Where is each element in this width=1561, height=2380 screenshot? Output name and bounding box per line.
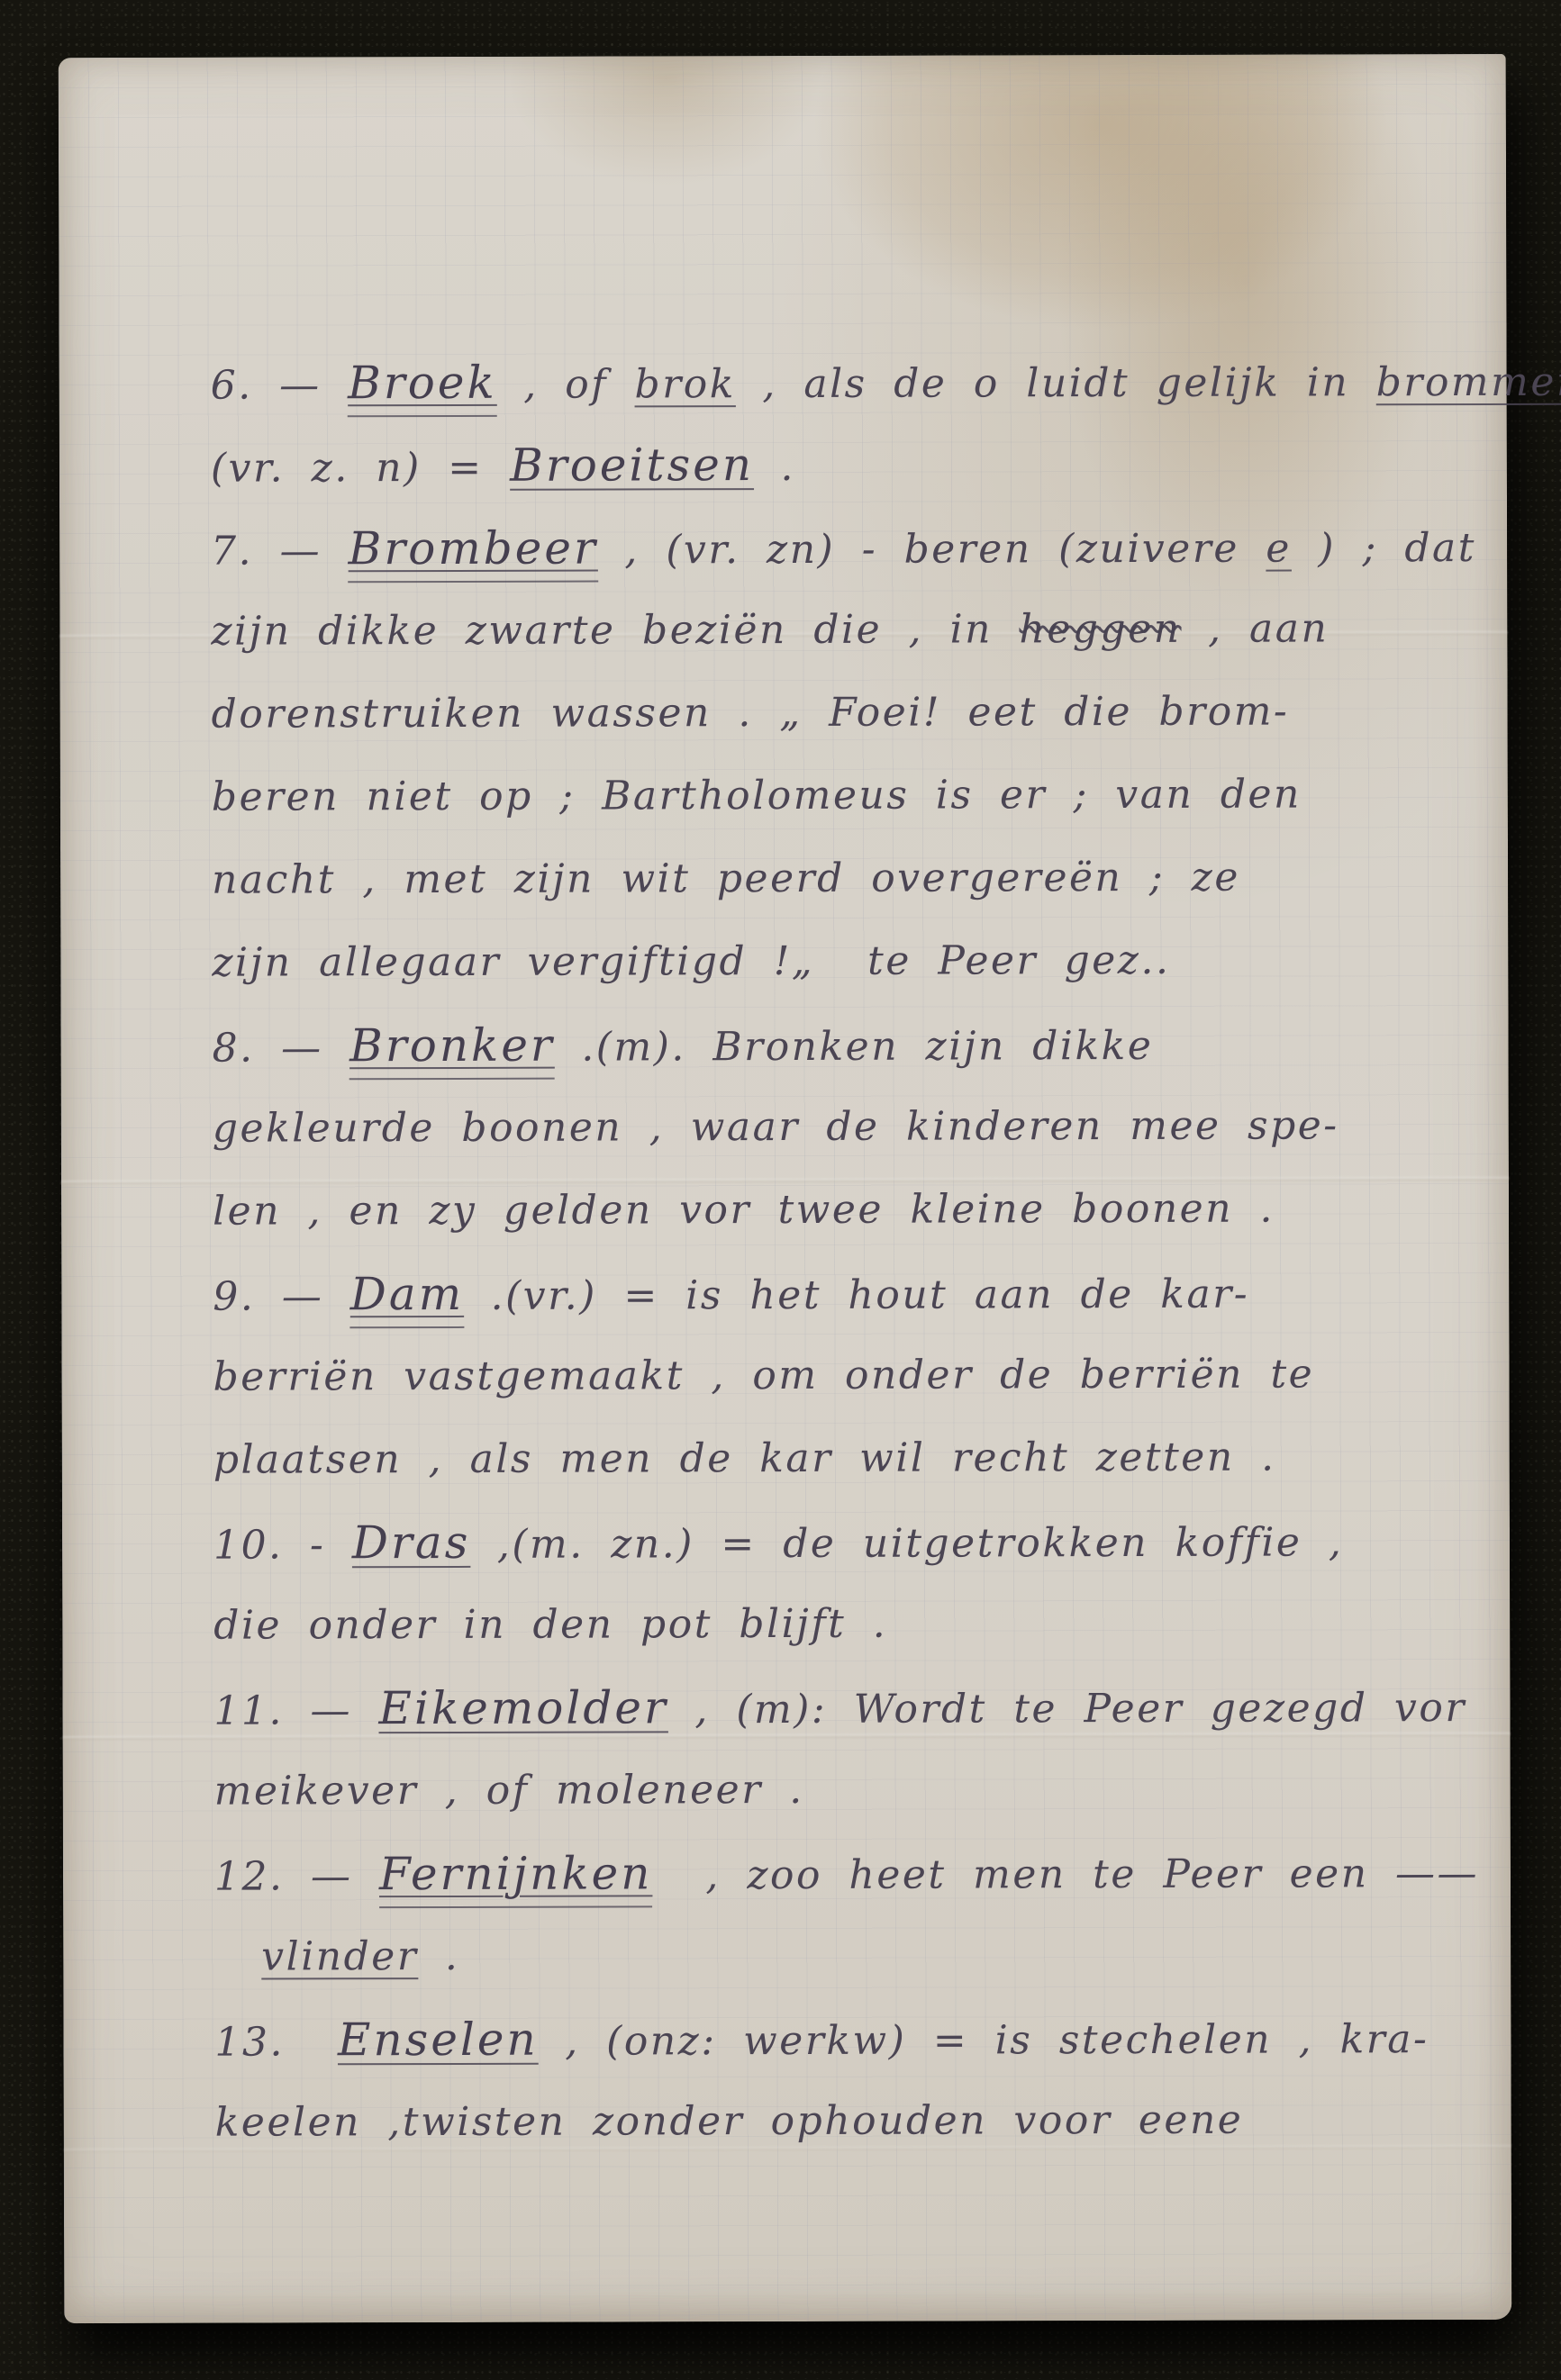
manuscript-line: gekleurde boonen , waar de kinderen mee … <box>213 1084 1519 1171</box>
text-segment: , als de o luidt gelijk in <box>736 359 1376 407</box>
text-segment: die onder in den pot blijft . <box>213 1601 887 1649</box>
manuscript-line: 12. — Fernijnken , zoo heet men te Peer … <box>214 1830 1520 1916</box>
manuscript-line: 8. — Bronker .(m). Bronken zijn dikke <box>212 1001 1518 1088</box>
manuscript-line: len , en zy gelden vor twee kleine boone… <box>213 1167 1519 1253</box>
text-segment: . <box>418 1933 459 1979</box>
manuscript-line: zijn allegaar vergiftigd !„ te Peer gez.… <box>212 919 1518 1005</box>
text-segment: ) ; dat <box>1292 525 1476 572</box>
text-segment: berriën vastgemaakt , om onder de berrië… <box>213 1351 1314 1399</box>
text-segment: , (onz: werkw) = is stechelen , kra- <box>539 2016 1429 2065</box>
text-segment: (vr. z. n) = <box>211 445 510 492</box>
manuscript-line: 7. — Brombeer , (vr. zn) - beren (zuiver… <box>211 504 1517 591</box>
text-segment: 12. — <box>214 1853 379 1899</box>
headword: Broek <box>348 357 497 417</box>
manuscript-line: 9. — Dam .(vr.) = is het hout aan de kar… <box>213 1250 1519 1336</box>
manuscript-line: beren niet op ; Bartholomeus is er ; van… <box>212 753 1518 839</box>
headword: Bronker <box>349 1019 555 1081</box>
manuscript-line: vlinder . <box>214 1913 1520 1999</box>
text-segment: , aan <box>1181 605 1329 651</box>
headword: Broeitsen <box>510 439 754 492</box>
text-segment: 6. — <box>211 362 349 408</box>
text-segment: , (m): Wordt te Peer gezegd vor <box>668 1685 1466 1733</box>
text-segment: 9. — <box>213 1273 350 1319</box>
text-segment: 10. - <box>213 1522 352 1568</box>
headword: Brombeer <box>349 522 598 584</box>
text-segment: ,(m. zn.) = de uitgetrokken koffie , <box>470 1519 1343 1568</box>
text-segment: beren niet op ; Bartholomeus is er ; van… <box>212 771 1302 819</box>
text-segment: —— <box>1395 1851 1479 1896</box>
text-segment: brok <box>634 361 735 407</box>
text-segment: len , en zy gelden vor twee kleine boone… <box>213 1186 1275 1235</box>
text-segment: , zoo heet men te Peer een <box>652 1851 1395 1898</box>
text-segment: 7. — <box>211 528 349 574</box>
text-segment: keelen ,twisten zonder ophouden voor een… <box>215 2097 1244 2146</box>
text-segment: , (vr. zn) - beren (zuivere <box>598 526 1266 574</box>
scan-surface: 6. — Broek , of brok , als de o luidt ge… <box>0 0 1561 2380</box>
text-segment: plaatsen , als men de kar wil recht zett… <box>213 1434 1276 1483</box>
handwritten-text: 6. — Broek , of brok , als de o luidt ge… <box>211 339 1521 2165</box>
manuscript-line: dorenstruiken wassen . „ Foei! eet die b… <box>211 670 1517 756</box>
manuscript-line: zijn dikke zwarte beziën die , in heggen… <box>211 587 1517 674</box>
headword: Dras <box>352 1516 471 1569</box>
text-segment: brommen <box>1376 359 1561 406</box>
text-segment: , of <box>497 361 635 407</box>
struck-word: heggen <box>1019 606 1181 652</box>
text-segment: .(vr.) = is het hout aan de kar- <box>464 1271 1249 1319</box>
text-segment: zijn dikke zwarte beziën die , in <box>211 606 1019 654</box>
manuscript-line: 11. — Eikemolder , (m): Wordt te Peer ge… <box>213 1664 1520 1751</box>
manuscript-line: nacht , met zijn wit peerd overgereën ; … <box>212 836 1518 922</box>
manuscript-line: (vr. z. n) = Broeitsen . <box>211 421 1517 508</box>
manuscript-line: meikever , of moleneer . <box>214 1747 1520 1833</box>
text-segment: . <box>754 444 795 490</box>
text-segment: vlinder <box>261 1933 418 1979</box>
manuscript-line: 10. - Dras ,(m. zn.) = de uitgetrokken k… <box>213 1498 1520 1585</box>
manuscript-line: plaatsen , als men de kar wil recht zett… <box>213 1416 1520 1502</box>
text-segment: dorenstruiken wassen . „ Foei! eet die b… <box>212 689 1290 738</box>
manuscript-page: 6. — Broek , of brok , als de o luidt ge… <box>59 54 1512 2323</box>
manuscript-line: keelen ,twisten zonder ophouden voor een… <box>215 2078 1521 2165</box>
manuscript-line: die onder in den pot blijft . <box>213 1581 1520 1668</box>
text-segment: 8. — <box>213 1025 350 1071</box>
headword: Fernijnken <box>379 1847 653 1908</box>
manuscript-line: berriën vastgemaakt , om onder de berrië… <box>213 1333 1519 1419</box>
text-segment: zijn allegaar vergiftigd !„ te Peer gez.… <box>212 937 1170 986</box>
text-segment: 11. — <box>213 1688 378 1733</box>
text-segment: nacht , met zijn wit peerd overgereën ; … <box>212 855 1240 903</box>
headword: Enselen <box>338 2013 539 2067</box>
text-segment: 13. <box>214 2019 338 2065</box>
text-segment: .(m). Bronken zijn dikke <box>555 1023 1154 1071</box>
headword: Dam <box>350 1268 464 1328</box>
headword: Eikemolder <box>378 1681 668 1734</box>
manuscript-line: 13. Enselen , (onz: werkw) = is stechele… <box>214 1995 1520 2082</box>
text-segment: meikever , of moleneer . <box>214 1767 804 1814</box>
text-segment: gekleurde boonen , waar de kinderen mee … <box>213 1102 1339 1151</box>
text-segment: e <box>1266 526 1292 572</box>
manuscript-line: 6. — Broek , of brok , als de o luidt ge… <box>211 339 1517 425</box>
